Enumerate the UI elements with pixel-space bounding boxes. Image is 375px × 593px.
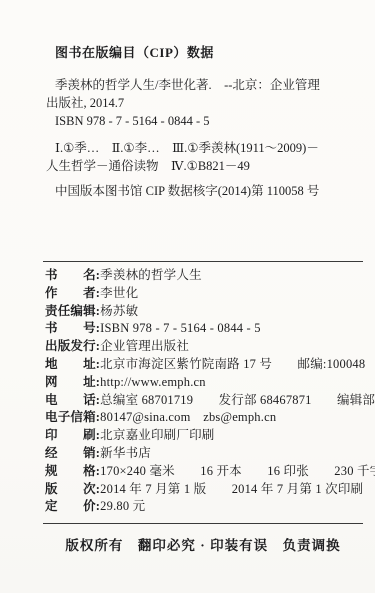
- cip-heading: 图书在版编目（CIP）数据: [55, 44, 361, 62]
- colophon-label: 出版发行:: [45, 339, 100, 353]
- colophon-value: 29.80 元: [100, 499, 145, 513]
- colophon-label: 地 址:: [45, 357, 100, 371]
- cip-registry-line: 中国版本图书馆 CIP 数据核字(2014)第 110058 号: [46, 182, 361, 200]
- colophon-value: 李世化: [100, 286, 138, 300]
- colophon-row-address: 地 址:北京市海淀区紫竹院南路 17 号 邮编:100048: [45, 356, 375, 374]
- cip-section: 图书在版编目（CIP）数据 季羡林的哲学人生/李世化著. --北京：企业管理 出…: [46, 44, 361, 200]
- colophon-value: 总编室 68701719 发行部 68467871 编辑部 68701408: [100, 393, 375, 407]
- colophon-value: 新华书店: [100, 446, 151, 460]
- colophon-label: 作 者:: [45, 286, 100, 300]
- colophon-section: 书 名:季羡林的哲学人生 作 者:李世化 责任编辑:杨苏敏 书 号:ISBN 9…: [45, 267, 375, 516]
- colophon-value: 北京市海淀区紫竹院南路 17 号 邮编:100048: [100, 357, 365, 371]
- copyright-page: 图书在版编目（CIP）数据 季羡林的哲学人生/李世化著. --北京：企业管理 出…: [0, 0, 375, 593]
- colophon-label: 网 址:: [45, 375, 100, 389]
- colophon-row-book-title: 书 名:季羡林的哲学人生: [45, 267, 375, 285]
- colophon-value: 杨苏敏: [100, 304, 138, 318]
- colophon-label: 责任编辑:: [45, 304, 100, 318]
- colophon-row-author: 作 者:李世化: [45, 285, 375, 303]
- colophon-row-distributor: 经 销:新华书店: [45, 445, 375, 463]
- colophon-value: 北京嘉业印刷厂印刷: [100, 428, 214, 442]
- colophon-row-format: 规 格:170×240 毫米 16 开本 16 印张 230 千字: [45, 463, 375, 481]
- cip-title-line-2: 出版社, 2014.7: [46, 94, 361, 112]
- colophon-label: 印 刷:: [45, 428, 100, 442]
- top-divider: [43, 261, 363, 262]
- colophon-value: http://www.emph.cn: [100, 375, 206, 389]
- colophon-value: 季羡林的哲学人生: [100, 268, 202, 282]
- colophon-label: 电 话:: [45, 393, 100, 407]
- colophon-value: 170×240 毫米 16 开本 16 印张 230 千字: [100, 464, 375, 478]
- colophon-value: 2014 年 7 月第 1 版 2014 年 7 月第 1 次印刷: [100, 482, 363, 496]
- colophon-label: 定 价:: [45, 499, 100, 513]
- colophon-row-printer: 印 刷:北京嘉业印刷厂印刷: [45, 427, 375, 445]
- colophon-label: 书 名:: [45, 268, 100, 282]
- colophon-label: 经 销:: [45, 446, 100, 460]
- cip-classification-line-1: Ⅰ.①季… Ⅱ.①李… Ⅲ.①季羡林(1911～2009)－: [46, 139, 361, 157]
- copyright-notice: 版权所有 翻印必究 · 印装有误 负责调换: [43, 534, 363, 554]
- colophon-row-edition: 版 次:2014 年 7 月第 1 版 2014 年 7 月第 1 次印刷: [45, 481, 375, 499]
- colophon-value: 企业管理出版社: [100, 339, 189, 353]
- bottom-divider: [43, 523, 363, 524]
- colophon-row-editor: 责任编辑:杨苏敏: [45, 303, 375, 321]
- colophon-label: 电子信箱:: [45, 410, 100, 424]
- cip-title-line-1: 季羡林的哲学人生/李世化著. --北京：企业管理: [46, 76, 361, 94]
- cip-classification-line-2: 人生哲学－通俗读物 Ⅳ.①B821－49: [46, 157, 361, 175]
- colophon-row-publisher: 出版发行:企业管理出版社: [45, 338, 375, 356]
- colophon-label: 版 次:: [45, 482, 100, 496]
- colophon-label: 书 号:: [45, 321, 100, 335]
- cip-isbn-line: ISBN 978 - 7 - 5164 - 0844 - 5: [46, 112, 361, 130]
- colophon-row-isbn: 书 号:ISBN 978 - 7 - 5164 - 0844 - 5: [45, 320, 375, 338]
- colophon-value: 80147@sina.com zbs@emph.cn: [100, 410, 276, 424]
- colophon-row-price: 定 价:29.80 元: [45, 498, 375, 516]
- colophon-row-phone: 电 话:总编室 68701719 发行部 68467871 编辑部 687014…: [45, 392, 375, 410]
- colophon-label: 规 格:: [45, 464, 100, 478]
- colophon-row-email: 电子信箱:80147@sina.com zbs@emph.cn: [45, 409, 375, 427]
- colophon-row-website: 网 址:http://www.emph.cn: [45, 374, 375, 392]
- colophon-value: ISBN 978 - 7 - 5164 - 0844 - 5: [100, 321, 261, 335]
